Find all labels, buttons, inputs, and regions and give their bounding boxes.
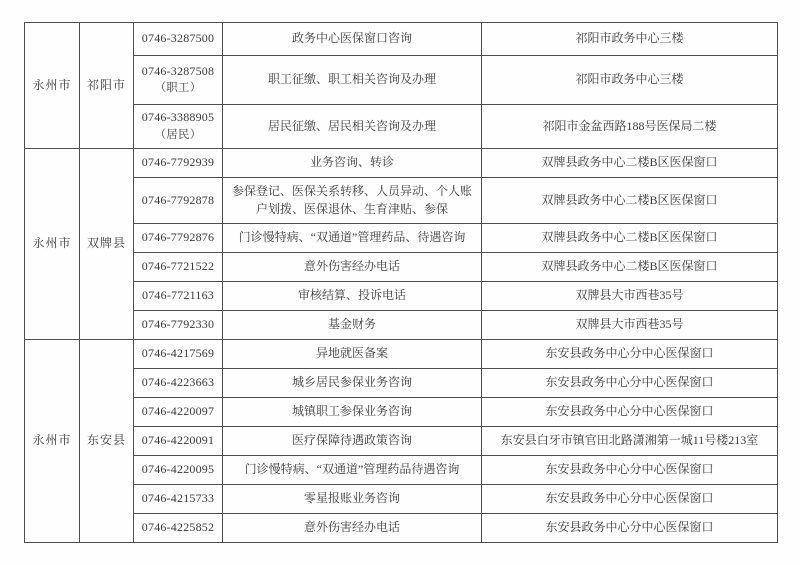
cell-location: 东安县政务中心分中心医保窗口 bbox=[482, 398, 778, 427]
table-row: 0746-7721163 审核结算、投诉电话 双牌县大市西巷35号 bbox=[25, 282, 778, 311]
table-row: 0746-3388905 （居民） 居民征缴、居民相关咨询及办理 祁阳市金盆西路… bbox=[25, 105, 778, 149]
cell-location: 东安县政务中心分中心医保窗口 bbox=[482, 456, 778, 485]
cell-location: 双牌县政务中心二楼B区医保窗口 bbox=[482, 253, 778, 282]
table-row: 0746-7792876 门诊慢特病、“双通道”管理药品、待遇咨询 双牌县政务中… bbox=[25, 224, 778, 253]
cell-service: 职工征缴、职工相关咨询及办理 bbox=[223, 56, 482, 105]
cell-location: 祁阳市金盆西路188号医保局二楼 bbox=[482, 105, 778, 149]
cell-city-yongzhou: 永州市 bbox=[25, 149, 80, 340]
cell-service: 基金财务 bbox=[223, 311, 482, 340]
cell-service: 零星报账业务咨询 bbox=[223, 485, 482, 514]
cell-location: 双牌县政务中心二楼B区医保窗口 bbox=[482, 178, 778, 224]
cell-location: 双牌县大市西巷35号 bbox=[482, 311, 778, 340]
table-row: 0746-4215733 零星报账业务咨询 东安县政务中心分中心医保窗口 bbox=[25, 485, 778, 514]
cell-location: 东安县政务中心分中心医保窗口 bbox=[482, 514, 778, 543]
table-row: 0746-7792330 基金财务 双牌县大市西巷35号 bbox=[25, 311, 778, 340]
table-row: 永州市 祁阳市 0746-3287500 政务中心医保窗口咨询 祁阳市政务中心三… bbox=[25, 23, 778, 56]
cell-phone: 0746-7792939 bbox=[134, 149, 223, 178]
cell-phone: 0746-7721163 bbox=[134, 282, 223, 311]
cell-phone: 0746-4215733 bbox=[134, 485, 223, 514]
cell-service: 意外伤害经办电话 bbox=[223, 514, 482, 543]
cell-phone: 0746-7792878 bbox=[134, 178, 223, 224]
cell-service: 城乡居民参保业务咨询 bbox=[223, 369, 482, 398]
phone-note: （居民） bbox=[140, 127, 216, 144]
table-row: 0746-4223663 城乡居民参保业务咨询 东安县政务中心分中心医保窗口 bbox=[25, 369, 778, 398]
table-row: 0746-4220091 医疗保障待遇政策咨询 东安县白牙市镇官田北路潇湘第一城… bbox=[25, 427, 778, 456]
cell-city-yongzhou: 永州市 bbox=[25, 23, 80, 149]
cell-phone: 0746-4220097 bbox=[134, 398, 223, 427]
cell-service: 异地就医备案 bbox=[223, 340, 482, 369]
cell-location: 东安县白牙市镇官田北路潇湘第一城11号楼213室 bbox=[482, 427, 778, 456]
cell-service: 医疗保障待遇政策咨询 bbox=[223, 427, 482, 456]
cell-location: 双牌县大市西巷35号 bbox=[482, 282, 778, 311]
cell-location: 东安县政务中心分中心医保窗口 bbox=[482, 369, 778, 398]
cell-service: 意外伤害经办电话 bbox=[223, 253, 482, 282]
cell-phone: 0746-3388905 （居民） bbox=[134, 105, 223, 149]
page: 永州市 祁阳市 0746-3287500 政务中心医保窗口咨询 祁阳市政务中心三… bbox=[0, 0, 800, 565]
cell-county-dongan: 东安县 bbox=[80, 340, 134, 543]
cell-service: 参保登记、医保关系转移、人员异动、个人账户划拨、医保退休、生育津贴、参保 bbox=[223, 178, 482, 224]
cell-service: 城镇职工参保业务咨询 bbox=[223, 398, 482, 427]
cell-phone: 0746-4217569 bbox=[134, 340, 223, 369]
cell-service: 门诊慢特病、“双通道”管理药品、待遇咨询 bbox=[223, 224, 482, 253]
cell-phone: 0746-3287508 （职工） bbox=[134, 56, 223, 105]
phone-number: 0746-3388905 bbox=[142, 110, 214, 124]
cell-phone: 0746-4220091 bbox=[134, 427, 223, 456]
cell-location: 双牌县政务中心二楼B区医保窗口 bbox=[482, 149, 778, 178]
table-row: 0746-7721522 意外伤害经办电话 双牌县政务中心二楼B区医保窗口 bbox=[25, 253, 778, 282]
cell-county-shuangpai: 双牌县 bbox=[80, 149, 134, 340]
cell-location: 祁阳市政务中心三楼 bbox=[482, 23, 778, 56]
phone-number: 0746-3287508 bbox=[142, 64, 214, 78]
medical-insurance-contact-table: 永州市 祁阳市 0746-3287500 政务中心医保窗口咨询 祁阳市政务中心三… bbox=[24, 22, 778, 543]
table-row: 0746-3287508 （职工） 职工征缴、职工相关咨询及办理 祁阳市政务中心… bbox=[25, 56, 778, 105]
cell-phone: 0746-3287500 bbox=[134, 23, 223, 56]
cell-service: 业务咨询、转诊 bbox=[223, 149, 482, 178]
table-row: 0746-4225852 意外伤害经办电话 东安县政务中心分中心医保窗口 bbox=[25, 514, 778, 543]
cell-service: 门诊慢特病、“双通道”管理药品待遇咨询 bbox=[223, 456, 482, 485]
cell-phone: 0746-4220095 bbox=[134, 456, 223, 485]
cell-phone: 0746-7792330 bbox=[134, 311, 223, 340]
cell-county-qiyang: 祁阳市 bbox=[80, 23, 134, 149]
cell-phone: 0746-4225852 bbox=[134, 514, 223, 543]
phone-note: （职工） bbox=[140, 80, 216, 97]
cell-service: 政务中心医保窗口咨询 bbox=[223, 23, 482, 56]
cell-location: 东安县政务中心分中心医保窗口 bbox=[482, 485, 778, 514]
table-row: 永州市 双牌县 0746-7792939 业务咨询、转诊 双牌县政务中心二楼B区… bbox=[25, 149, 778, 178]
cell-phone: 0746-7792876 bbox=[134, 224, 223, 253]
table-row: 0746-7792878 参保登记、医保关系转移、人员异动、个人账户划拨、医保退… bbox=[25, 178, 778, 224]
cell-location: 东安县政务中心分中心医保窗口 bbox=[482, 340, 778, 369]
cell-service: 居民征缴、居民相关咨询及办理 bbox=[223, 105, 482, 149]
cell-phone: 0746-4223663 bbox=[134, 369, 223, 398]
table-row: 0746-4220095 门诊慢特病、“双通道”管理药品待遇咨询 东安县政务中心… bbox=[25, 456, 778, 485]
cell-location: 祁阳市政务中心三楼 bbox=[482, 56, 778, 105]
table-row: 0746-4220097 城镇职工参保业务咨询 东安县政务中心分中心医保窗口 bbox=[25, 398, 778, 427]
cell-service: 审核结算、投诉电话 bbox=[223, 282, 482, 311]
cell-city-yongzhou: 永州市 bbox=[25, 340, 80, 543]
cell-phone: 0746-7721522 bbox=[134, 253, 223, 282]
table-row: 永州市 东安县 0746-4217569 异地就医备案 东安县政务中心分中心医保… bbox=[25, 340, 778, 369]
cell-location: 双牌县政务中心二楼B区医保窗口 bbox=[482, 224, 778, 253]
